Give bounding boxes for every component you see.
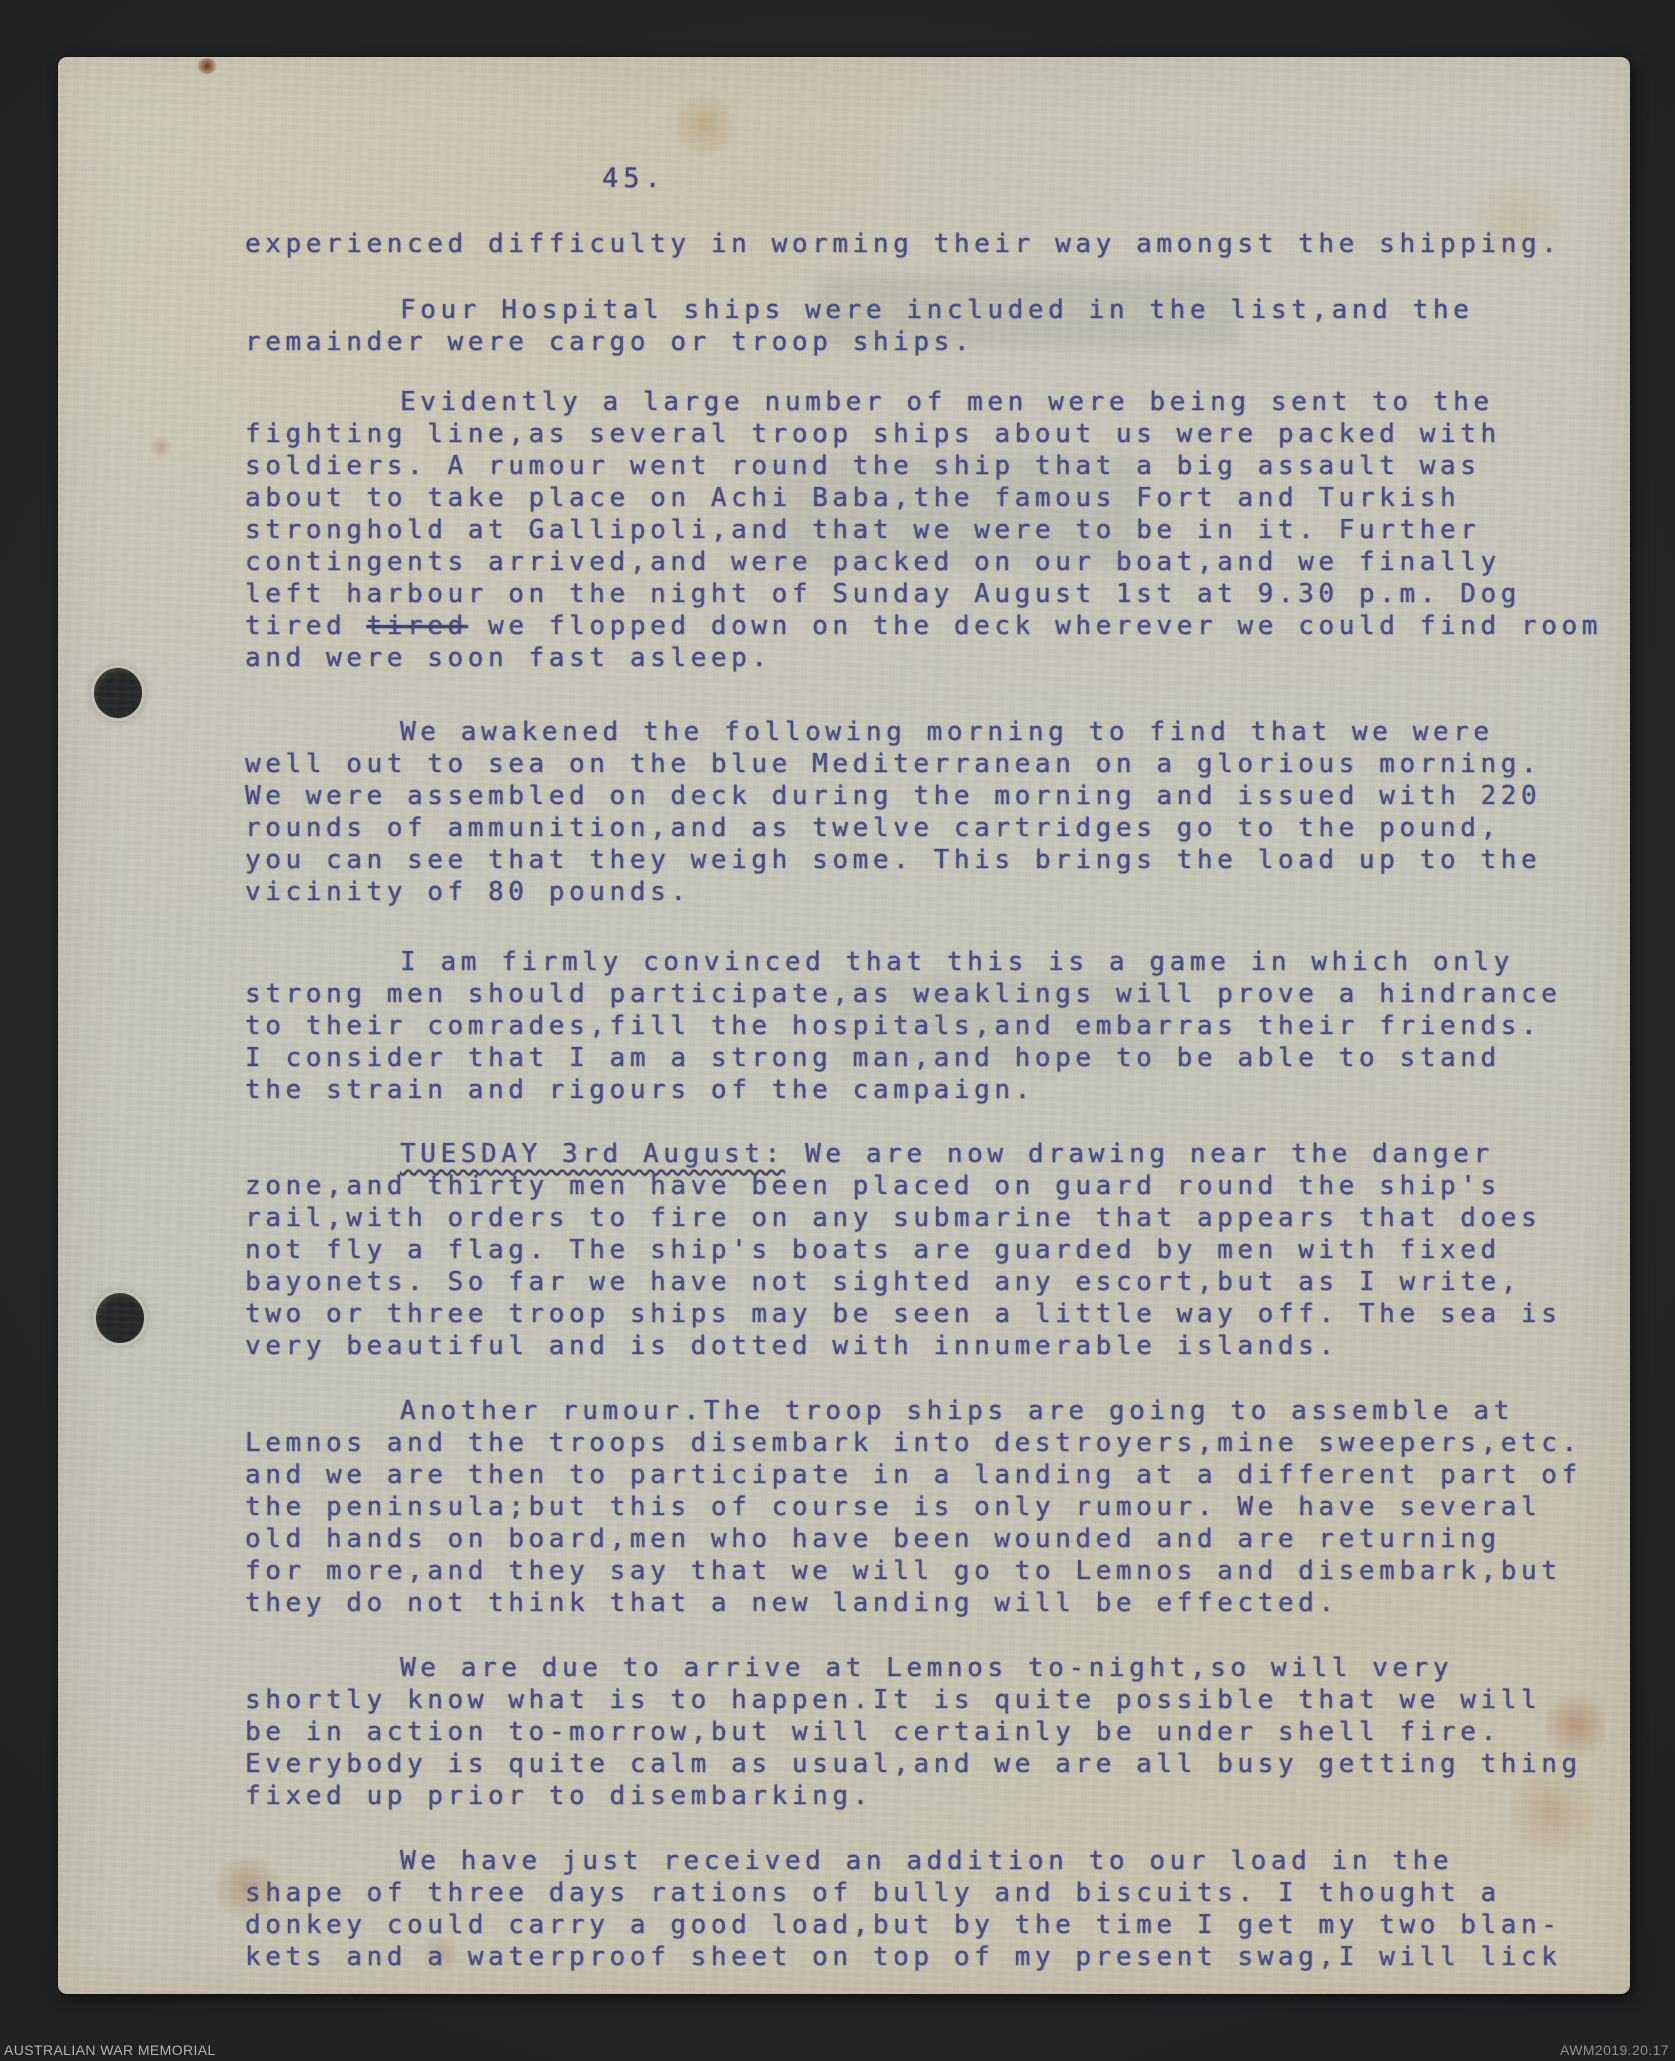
typed-line: TUESDAY 3rd August: We are now drawing n… <box>245 1138 1630 1170</box>
typed-line: they do not think that a new landing wil… <box>245 1587 1630 1619</box>
typed-text: we flopped down on the deck wherever we … <box>468 611 1602 641</box>
typed-line: rail,with orders to fire on any submarin… <box>245 1202 1630 1234</box>
typed-line: very beautiful and is dotted with innume… <box>245 1330 1630 1362</box>
typed-text: We were assembled on deck during the mor… <box>245 781 1541 811</box>
typed-text: they do not think that a new landing wil… <box>245 1588 1339 1618</box>
typed-text: very beautiful and is dotted with innume… <box>245 1331 1339 1361</box>
typed-text: the peninsula;but this of course is only… <box>245 1492 1541 1522</box>
typed-text: I am firmly convinced that this is a gam… <box>400 947 1514 977</box>
text-layer: experienced difficulty in worming their … <box>245 57 1630 1994</box>
typed-line: strong men should participate,as weaklin… <box>245 978 1630 1010</box>
typed-line: I consider that I am a strong man,and ho… <box>245 1042 1630 1074</box>
typed-line: vicinity of 80 pounds. <box>245 876 1630 908</box>
paragraph-1: experienced difficulty in worming their … <box>245 228 1630 260</box>
paragraph-7: Another rumour.The troop ships are going… <box>245 1395 1630 1619</box>
typed-line: about to take place on Achi Baba,the fam… <box>245 482 1630 514</box>
scanner-bed: 45. experienced difficulty in worming th… <box>0 0 1675 2061</box>
typed-text: you can see that they weigh some. This b… <box>245 845 1541 875</box>
punch-hole <box>96 1293 144 1343</box>
paragraph-2: Four Hospital ships were included in the… <box>245 294 1630 358</box>
typed-text: Another rumour.The troop ships are going… <box>400 1396 1514 1426</box>
typed-line: kets and a waterproof sheet on top of my… <box>245 1941 1630 1973</box>
typed-text: shortly know what is to happen.It is qui… <box>245 1685 1541 1715</box>
paragraph-5: I am firmly convinced that this is a gam… <box>245 946 1630 1106</box>
typed-text: soldiers. A rumour went round the ship t… <box>245 451 1480 481</box>
typed-line: well out to sea on the blue Mediterranea… <box>245 748 1630 780</box>
typed-text: We are due to arrive at Lemnos to-night,… <box>400 1653 1453 1683</box>
typed-text: contingents arrived,and were packed on o… <box>245 547 1501 577</box>
typed-text: about to take place on Achi Baba,the fam… <box>245 483 1460 513</box>
typed-text: Evidently a large number of men were bei… <box>400 387 1494 417</box>
typed-line: fighting line,as several troop ships abo… <box>245 418 1630 450</box>
typed-text: Lemnos and the troops disembark into des… <box>245 1428 1582 1458</box>
typed-text: rail,with orders to fire on any submarin… <box>245 1203 1541 1233</box>
punch-hole <box>94 668 142 718</box>
typed-text: not fly a flag. The ship's boats are gua… <box>245 1235 1501 1265</box>
typed-line: We awakened the following morning to fin… <box>245 716 1630 748</box>
typed-line: the strain and rigours of the campaign. <box>245 1074 1630 1106</box>
catalogue-number-label: AWM2019.20.17 <box>1560 2042 1669 2058</box>
typed-line: Evidently a large number of men were bei… <box>245 386 1630 418</box>
typed-text: Everybody is quite calm as usual,and we … <box>245 1749 1582 1779</box>
typed-text: and were soon fast asleep. <box>245 643 772 673</box>
typed-text: kets and a waterproof sheet on top of my… <box>245 1942 1561 1972</box>
typed-line: tired tired we flopped down on the deck … <box>245 610 1630 642</box>
typed-line: experienced difficulty in worming their … <box>245 228 1630 260</box>
typed-text: strong men should participate,as weaklin… <box>245 979 1561 1009</box>
typed-text: Four Hospital ships were included in the… <box>400 295 1473 325</box>
paper-stain <box>148 437 174 457</box>
paragraph-3: Evidently a large number of men were bei… <box>245 386 1630 674</box>
typed-line: the peninsula;but this of course is only… <box>245 1491 1630 1523</box>
typed-text: shape of three days rations of bully and… <box>245 1878 1501 1908</box>
typed-text: experienced difficulty in worming their … <box>245 229 1561 259</box>
typed-line: Everybody is quite calm as usual,and we … <box>245 1748 1630 1780</box>
typed-line: left harbour on the night of Sunday Augu… <box>245 578 1630 610</box>
typed-line: fixed up prior to disembarking. <box>245 1780 1630 1812</box>
typed-text: left harbour on the night of Sunday Augu… <box>245 579 1521 609</box>
typed-text: donkey could carry a good load,but by th… <box>245 1910 1561 1940</box>
paragraph-4: We awakened the following morning to fin… <box>245 716 1630 908</box>
typed-text: be in action to-morrow,but will certainl… <box>245 1717 1501 1747</box>
typed-text: well out to sea on the blue Mediterranea… <box>245 749 1541 779</box>
typed-line: you can see that they weigh some. This b… <box>245 844 1630 876</box>
paragraph-6: TUESDAY 3rd August: We are now drawing n… <box>245 1138 1630 1362</box>
typed-line: shape of three days rations of bully and… <box>245 1877 1630 1909</box>
typed-line: to their comrades,fill the hospitals,and… <box>245 1010 1630 1042</box>
typed-text: We awakened the following morning to fin… <box>400 717 1494 747</box>
typed-line: remainder were cargo or troop ships. <box>245 326 1630 358</box>
typed-line: and were soon fast asleep. <box>245 642 1630 674</box>
typed-text: bayonets. So far we have not sighted any… <box>245 1267 1521 1297</box>
typed-line: shortly know what is to happen.It is qui… <box>245 1684 1630 1716</box>
typed-text: tired <box>245 611 367 641</box>
typed-text: to their comrades,fill the hospitals,and… <box>245 1011 1541 1041</box>
typed-text: stronghold at Gallipoli,and that we were… <box>245 515 1480 545</box>
typed-text: We have just received an addition to our… <box>400 1846 1453 1876</box>
typed-line: stronghold at Gallipoli,and that we were… <box>245 514 1630 546</box>
typed-text: old hands on board,men who have been wou… <box>245 1524 1501 1554</box>
typed-line: zone,and thirty men have been placed on … <box>245 1170 1630 1202</box>
typed-line: soldiers. A rumour went round the ship t… <box>245 450 1630 482</box>
typed-line: Four Hospital ships were included in the… <box>245 294 1630 326</box>
typed-line: be in action to-morrow,but will certainl… <box>245 1716 1630 1748</box>
typed-line: and we are then to participate in a land… <box>245 1459 1630 1491</box>
typed-text: We are now drawing near the danger <box>785 1139 1494 1169</box>
archive-name-label: AUSTRALIAN WAR MEMORIAL <box>4 2042 216 2058</box>
typed-line: Another rumour.The troop ships are going… <box>245 1395 1630 1427</box>
typed-line: We are due to arrive at Lemnos to-night,… <box>245 1652 1630 1684</box>
typed-line: Lemnos and the troops disembark into des… <box>245 1427 1630 1459</box>
typed-line: donkey could carry a good load,but by th… <box>245 1909 1630 1941</box>
underline-text: TUESDAY 3rd August: <box>400 1139 785 1169</box>
typed-text: the strain and rigours of the campaign. <box>245 1075 1035 1105</box>
typed-line: rounds of ammunition,and as twelve cartr… <box>245 812 1630 844</box>
typed-text: fighting line,as several troop ships abo… <box>245 419 1501 449</box>
typed-text: I consider that I am a strong man,and ho… <box>245 1043 1501 1073</box>
typed-line: not fly a flag. The ship's boats are gua… <box>245 1234 1630 1266</box>
typed-text: for more,and they say that we will go to… <box>245 1556 1561 1586</box>
paragraph-9: We have just received an addition to our… <box>245 1845 1630 1973</box>
typed-line: We were assembled on deck during the mor… <box>245 780 1630 812</box>
typed-text: and we are then to participate in a land… <box>245 1460 1582 1490</box>
typed-line: contingents arrived,and were packed on o… <box>245 546 1630 578</box>
typed-text: two or three troop ships may be seen a l… <box>245 1299 1561 1329</box>
typed-line: I am firmly convinced that this is a gam… <box>245 946 1630 978</box>
typed-text: fixed up prior to disembarking. <box>245 1781 873 1811</box>
typed-text: rounds of ammunition,and as twelve cartr… <box>245 813 1501 843</box>
typed-line: We have just received an addition to our… <box>245 1845 1630 1877</box>
typed-text: vicinity of 80 pounds. <box>245 877 691 907</box>
strike-text: tired <box>367 611 468 641</box>
typed-line: old hands on board,men who have been wou… <box>245 1523 1630 1555</box>
typed-text: zone,and thirty men have been placed on … <box>245 1171 1501 1201</box>
typed-line: for more,and they say that we will go to… <box>245 1555 1630 1587</box>
typed-line: two or three troop ships may be seen a l… <box>245 1298 1630 1330</box>
paragraph-8: We are due to arrive at Lemnos to-night,… <box>245 1652 1630 1812</box>
typed-line: bayonets. So far we have not sighted any… <box>245 1266 1630 1298</box>
scanned-page: 45. experienced difficulty in worming th… <box>58 57 1630 1994</box>
paper-stain <box>196 58 218 74</box>
typed-text: remainder were cargo or troop ships. <box>245 327 974 357</box>
